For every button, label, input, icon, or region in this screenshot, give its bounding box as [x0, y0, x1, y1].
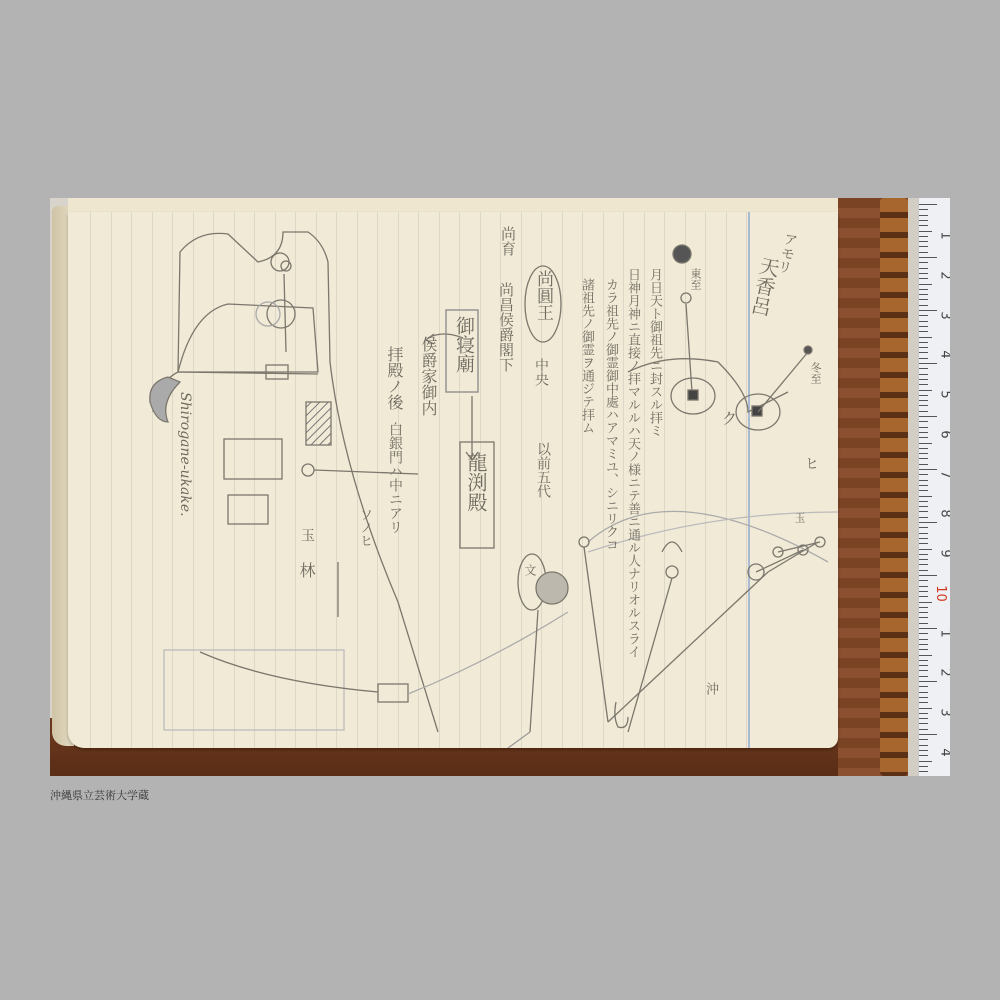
ruler-tick: [919, 215, 928, 216]
ruler-tick: [919, 655, 932, 656]
shirogane-label: Shirogane-ukake.: [178, 392, 192, 517]
ruler-tick: [919, 639, 928, 640]
ruler-tick: [919, 506, 928, 507]
ruler-tick: [919, 676, 928, 677]
ruler-tick: [919, 257, 937, 258]
text-shosho: 尚昌侯爵閣下: [498, 282, 513, 372]
ruler-tick: [919, 580, 928, 581]
ruler-tick: [919, 204, 937, 205]
ruler-tick: [919, 644, 928, 645]
ruler-tick: [919, 501, 928, 502]
ruler-label: 2: [937, 271, 950, 279]
text-kara: カラ祖先ノ御霊御中處ハアマミユ、シニリクコ: [604, 278, 617, 748]
ruler-tick: [919, 670, 928, 671]
ruler-tick: [919, 681, 937, 682]
ruler-tick: [919, 411, 928, 412]
text-ryuendono: 龍渕殿: [466, 452, 486, 512]
ruler-tick: [919, 236, 928, 237]
ruler-tick: [919, 766, 928, 767]
ruler-tick: [919, 718, 928, 719]
text-tsukihi: 月日天ト御祖先ニ封スル拝ミ: [648, 268, 661, 738]
ruler-tick: [919, 554, 928, 555]
text-haiden: 拝殿ノ後: [386, 346, 402, 410]
ruler-tick: [919, 315, 928, 316]
ruler-label: 3: [937, 708, 950, 716]
ruler-tick: [919, 771, 928, 772]
text-ringo: 林: [298, 562, 314, 578]
ruler-tick: [919, 469, 937, 470]
ruler-label: 6: [937, 430, 950, 438]
ruler-tick: [919, 310, 937, 311]
ruler-tick: [919, 363, 937, 364]
ruler-tick: [919, 713, 928, 714]
ruler-tick: [919, 480, 928, 481]
ruler-tick: [919, 511, 928, 512]
notebook-page: Shirogane-ukake. 尚育 尚昌侯爵閣下 尚圓王 中央 御寝廟 以前…: [68, 212, 838, 748]
ruler-tick: [919, 220, 928, 221]
ruler-tick: [919, 231, 932, 232]
ruler-label: 8: [937, 510, 950, 518]
ruler-tick: [919, 596, 928, 597]
ruler-tick: [919, 755, 928, 756]
ruler-tick: [919, 617, 928, 618]
ruler-tick: [919, 331, 928, 332]
ruler-tick: [919, 543, 928, 544]
ruler-tick: [919, 464, 928, 465]
ruler-tick: [919, 405, 928, 406]
ruler-label: 1: [937, 231, 950, 239]
ruler-tick: [919, 432, 928, 433]
ruler-label: 1: [937, 629, 950, 637]
ruler-label: 7: [937, 470, 950, 478]
ruler-tick: [919, 421, 928, 422]
ruler-tick: [919, 352, 928, 353]
text-gyoku: 玉: [300, 528, 314, 542]
ruler-tick: [919, 443, 932, 444]
ruler-tick: [919, 729, 928, 730]
text-koshaku: 侯爵家御内: [420, 336, 436, 416]
ruler-tick: [919, 458, 928, 459]
text-bun: 文: [524, 564, 536, 576]
ruler-tick: [919, 342, 928, 343]
text-shiroganemon: 白銀門ハ中ニアリ: [388, 422, 402, 534]
text-tama: 玉: [794, 512, 805, 523]
ruler-tick: [919, 702, 928, 703]
ruler-tick: [919, 225, 928, 226]
ruler-tick: [919, 649, 928, 650]
text-sho-sosen: 諸祖先ノ御霊ヲ通ジテ拝ム: [580, 278, 593, 434]
ruler-tick: [919, 686, 928, 687]
ruler-tick: [919, 209, 928, 210]
ruler-label: 10: [933, 585, 948, 602]
notebook-photo: 123456789101234: [50, 198, 950, 776]
ruler-tick: [919, 252, 928, 253]
ruler-tick: [919, 347, 928, 348]
ruler-label: 9: [937, 549, 950, 557]
ruler-tick: [919, 305, 928, 306]
ruler-label: 3: [937, 311, 950, 319]
ruler-tick: [919, 628, 937, 629]
ruler-tick: [919, 246, 928, 247]
ruler-tick: [919, 522, 937, 523]
ruler-tick: [919, 533, 928, 534]
ruler-tick: [919, 485, 928, 486]
text-oki: 沖: [704, 682, 717, 695]
ruler-tick: [919, 395, 928, 396]
ruler-tick: [919, 549, 932, 550]
ruler-tick: [919, 448, 928, 449]
ruler-tick: [919, 745, 928, 746]
text-gyoshinbyo: 御寝廟: [454, 316, 473, 373]
ruler-tick: [919, 496, 932, 497]
text-ku: ク: [720, 410, 736, 426]
ruler-label: 2: [937, 669, 950, 677]
text-hi: ヒ: [804, 456, 818, 470]
ruler-tick: [919, 739, 928, 740]
ruler-label: 5: [937, 390, 950, 398]
text-tochi: 東至: [690, 268, 701, 290]
leather-stitching: [880, 198, 908, 776]
ruler-tick: [919, 607, 928, 608]
ruler-tick: [919, 289, 928, 290]
collection-caption: 沖縄県立芸術大学蔵: [50, 787, 149, 803]
ruler-tick: [919, 575, 937, 576]
text-shoiku: 尚育: [500, 226, 515, 256]
ruler-tick: [919, 602, 932, 603]
ruler-tick: [919, 692, 928, 693]
ruler-tick: [919, 416, 937, 417]
ruler-tick: [919, 374, 928, 375]
ruler-tick: [919, 750, 928, 751]
measuring-ruler: 123456789101234: [918, 198, 950, 776]
ruler-tick: [919, 697, 928, 698]
ruler-tick: [919, 559, 928, 560]
ruler-tick: [919, 241, 928, 242]
ruler-tick: [919, 384, 928, 385]
ruler-tick: [919, 490, 928, 491]
ruler-tick: [919, 660, 928, 661]
ruler-tick: [919, 390, 932, 391]
ruler-tick: [919, 761, 932, 762]
ruler-tick: [919, 723, 928, 724]
ruler-tick: [919, 633, 928, 634]
ruler-label: 4: [937, 351, 950, 359]
ruler-tick: [919, 517, 928, 518]
ruler-tick: [919, 538, 928, 539]
ruler-tick: [919, 262, 928, 263]
ruler-tick: [919, 437, 928, 438]
text-toji: 冬至: [810, 362, 821, 384]
ruler-tick: [919, 273, 928, 274]
ruler-tick: [919, 294, 928, 295]
ruler-tick: [919, 708, 932, 709]
ruler-tick: [919, 268, 928, 269]
ruler-tick: [919, 321, 928, 322]
ruler-tick: [919, 612, 928, 613]
ruler-tick: [919, 427, 928, 428]
text-former-five: 以前五代: [536, 442, 550, 498]
ruler-tick: [919, 299, 928, 300]
ruler-tick: [919, 284, 932, 285]
ruler-label: 4: [937, 748, 950, 756]
ruler-tick: [919, 453, 928, 454]
text-center: 中央: [534, 358, 548, 386]
ruler-tick: [919, 326, 928, 327]
ruler-tick: [919, 368, 928, 369]
ruler-tick: [919, 400, 928, 401]
text-nichijin: 日神月神ニ直接ノ拝マルルハ天ノ様ニテ善ニ通ル人ナリオルスライ: [626, 268, 639, 738]
ruler-tick: [919, 278, 928, 279]
ruler-tick: [919, 358, 928, 359]
text-sonohi: ソノヒ: [358, 508, 371, 547]
text-shoen-oval: 尚圓王: [534, 270, 551, 321]
ruler-tick: [919, 564, 928, 565]
ruler-tick: [919, 337, 932, 338]
ruler-tick: [919, 665, 928, 666]
ruler-tick: [919, 527, 928, 528]
ruler-tick: [919, 474, 928, 475]
ruler-tick: [919, 734, 937, 735]
ruler-tick: [919, 591, 928, 592]
ruler-tick: [919, 379, 928, 380]
ruler-tick: [919, 586, 928, 587]
ruler-tick: [919, 623, 928, 624]
ruler-tick: [919, 570, 928, 571]
